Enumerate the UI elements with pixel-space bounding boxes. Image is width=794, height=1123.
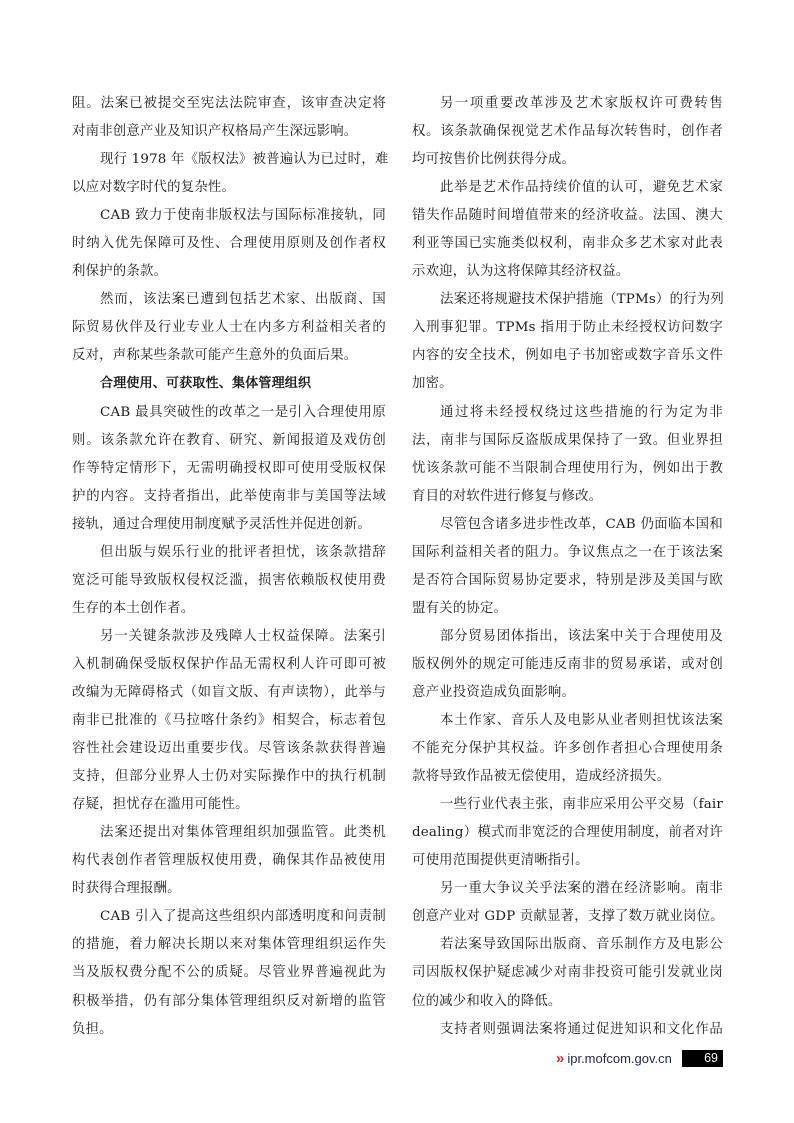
text-line: 然而，该法案已遭到包括艺术家、出版商、国 — [72, 286, 386, 314]
website-link[interactable]: ipr.mofcom.gov.cn — [567, 1051, 672, 1066]
text-line: 的措施，着力解决长期以来对集体管理组织运作失 — [72, 931, 386, 959]
text-line: 改编为无障碍格式（如盲文版、有声读物），此举与 — [72, 679, 386, 707]
text-line: 构代表创作者管理版权使用费，确保其作品被使用 — [72, 847, 386, 875]
text-line: 另一重大争议关乎法案的潜在经济影响。南非 — [412, 875, 723, 903]
text-line: 盟有关的协定。 — [412, 595, 723, 623]
text-line: 国际利益相关者的阻力。争议焦点之一在于该法案 — [412, 539, 723, 567]
page-number: 69 — [682, 1050, 723, 1067]
text-line: 但出版与娱乐行业的批评者担忧，该条款措辞 — [72, 539, 386, 567]
text-line: 忧该条款可能不当限制合理使用行为，例如出于教 — [412, 455, 723, 483]
text-line: 法，南非与国际反盗版成果保持了一致。但业界担 — [412, 427, 723, 455]
text-line: 法案还将规避技术保护措施（TPMs）的行为列 — [412, 286, 723, 314]
text-line: 尽管包含诸多进步性改革，CAB 仍面临本国和 — [412, 511, 723, 539]
text-line: 均可按售价比例获得分成。 — [412, 146, 723, 174]
text-line: 利亚等国已实施类似权利，南非众多艺术家对此表 — [412, 230, 723, 258]
text-line: 入机制确保受版权保护作品无需权利人许可即可被 — [72, 651, 386, 679]
text-line: 司因版权保护疑虑减少对南非投资可能引发就业岗 — [412, 959, 723, 987]
text-line: 一些行业代表主张，南非应采用公平交易（fair — [412, 791, 723, 819]
text-line: 法案还提出对集体管理组织加强监管。此类机 — [72, 819, 386, 847]
right-column: 另一项重要改革涉及艺术家版权许可费转售权。该条款确保视觉艺术作品每次转售时，创作… — [412, 90, 723, 1044]
section-heading: 合理使用、可获取性、集体管理组织 — [72, 370, 386, 398]
text-line: 版权例外的规定可能违反南非的贸易承诺，或对创 — [412, 651, 723, 679]
text-line: 另一项重要改革涉及艺术家版权许可费转售 — [412, 90, 723, 118]
text-line: CAB 致力于使南非版权法与国际标准接轨，同 — [72, 202, 386, 230]
text-line: 若法案导致国际出版商、音乐制作方及电影公 — [412, 931, 723, 959]
text-line: 时获得合理报酬。 — [72, 875, 386, 903]
chevron-right-icon: » — [556, 1050, 561, 1067]
text-line: 加密。 — [412, 370, 723, 398]
text-line: 创意产业对 GDP 贡献显著，支撑了数万就业岗位。 — [412, 903, 723, 931]
text-line: 生存的本土创作者。 — [72, 595, 386, 623]
text-line: 对南非创意产业及知识产权格局产生深远影响。 — [72, 118, 386, 146]
text-line: 作等特定情形下，无需明确授权即可使用受版权保 — [72, 455, 386, 483]
text-line: 反对，声称某些条款可能产生意外的负面后果。 — [72, 342, 386, 370]
text-line: 内容的安全技术，例如电子书加密或数字音乐文件 — [412, 342, 723, 370]
text-line: 支持，但部分业界人士仍对实际操作中的执行机制 — [72, 763, 386, 791]
text-line: 负担。 — [72, 1016, 386, 1044]
text-line: 存疑，担忧存在滥用可能性。 — [72, 791, 386, 819]
text-line: 示欢迎，认为这将保障其经济权益。 — [412, 258, 723, 286]
text-line: dealing）模式而非宽泛的合理使用制度，前者对许 — [412, 819, 723, 847]
text-line: 护的内容。支持者指出，此举使南非与美国等法域 — [72, 483, 386, 511]
text-line: 意产业投资造成负面影响。 — [412, 679, 723, 707]
text-line: 部分贸易团体指出，该法案中关于合理使用及 — [412, 623, 723, 651]
text-line: 接轨，通过合理使用制度赋予灵活性并促进创新。 — [72, 511, 386, 539]
text-line: 另一关键条款涉及残障人士权益保障。法案引 — [72, 623, 386, 651]
text-line: 款将导致作品被无偿使用，造成经济损失。 — [412, 763, 723, 791]
text-line: 际贸易伙伴及行业专业人士在内多方利益相关者的 — [72, 314, 386, 342]
text-line: CAB 最具突破性的改革之一是引入合理使用原 — [72, 399, 386, 427]
text-line: 可使用范围提供更清晰指引。 — [412, 847, 723, 875]
text-line: 容性社会建设迈出重要步伐。尽管该条款获得普遍 — [72, 735, 386, 763]
text-line: 时纳入优先保障可及性、合理使用原则及创作者权 — [72, 230, 386, 258]
text-line: 错失作品随时间增值带来的经济收益。法国、澳大 — [412, 202, 723, 230]
text-line: 位的减少和收入的降低。 — [412, 988, 723, 1016]
text-line: 当及版权费分配不公的质疑。尽管业界普遍视此为 — [72, 959, 386, 987]
left-column: 阻。法案已被提交至宪法法院审查，该审查决定将对南非创意产业及知识产权格局产生深远… — [72, 90, 386, 1044]
footer-site: » ipr.mofcom.gov.cn — [556, 1048, 672, 1068]
text-line: 入刑事犯罪。TPMs 指用于防止未经授权访问数字 — [412, 314, 723, 342]
text-line: 以应对数字时代的复杂性。 — [72, 174, 386, 202]
text-line: 是否符合国际贸易协定要求，特别是涉及美国与欧 — [412, 567, 723, 595]
text-line: 现行 1978 年《版权法》被普遍认为已过时，难 — [72, 146, 386, 174]
text-line: 本土作家、音乐人及电影从业者则担忧该法案 — [412, 707, 723, 735]
text-line: 权。该条款确保视觉艺术作品每次转售时，创作者 — [412, 118, 723, 146]
text-line: 不能充分保护其权益。许多创作者担心合理使用条 — [412, 735, 723, 763]
text-line: 宽泛可能导致版权侵权泛滥，损害依赖版权使用费 — [72, 567, 386, 595]
text-line: 阻。法案已被提交至宪法法院审查，该审查决定将 — [72, 90, 386, 118]
text-line: 育目的对软件进行修复与修改。 — [412, 483, 723, 511]
text-line: 支持者则强调法案将通过促进知识和文化作品 — [412, 1016, 723, 1044]
text-line: CAB 引入了提高这些组织内部透明度和问责制 — [72, 903, 386, 931]
text-line: 此举是艺术作品持续价值的认可，避免艺术家 — [412, 174, 723, 202]
text-line: 通过将未经授权绕过这些措施的行为定为非 — [412, 399, 723, 427]
text-line: 则。该条款允许在教育、研究、新闻报道及戏仿创 — [72, 427, 386, 455]
text-line: 积极举措，仍有部分集体管理组织反对新增的监管 — [72, 988, 386, 1016]
text-line: 南非已批准的《马拉喀什条约》相契合，标志着包 — [72, 707, 386, 735]
text-line: 利保护的条款。 — [72, 258, 386, 286]
